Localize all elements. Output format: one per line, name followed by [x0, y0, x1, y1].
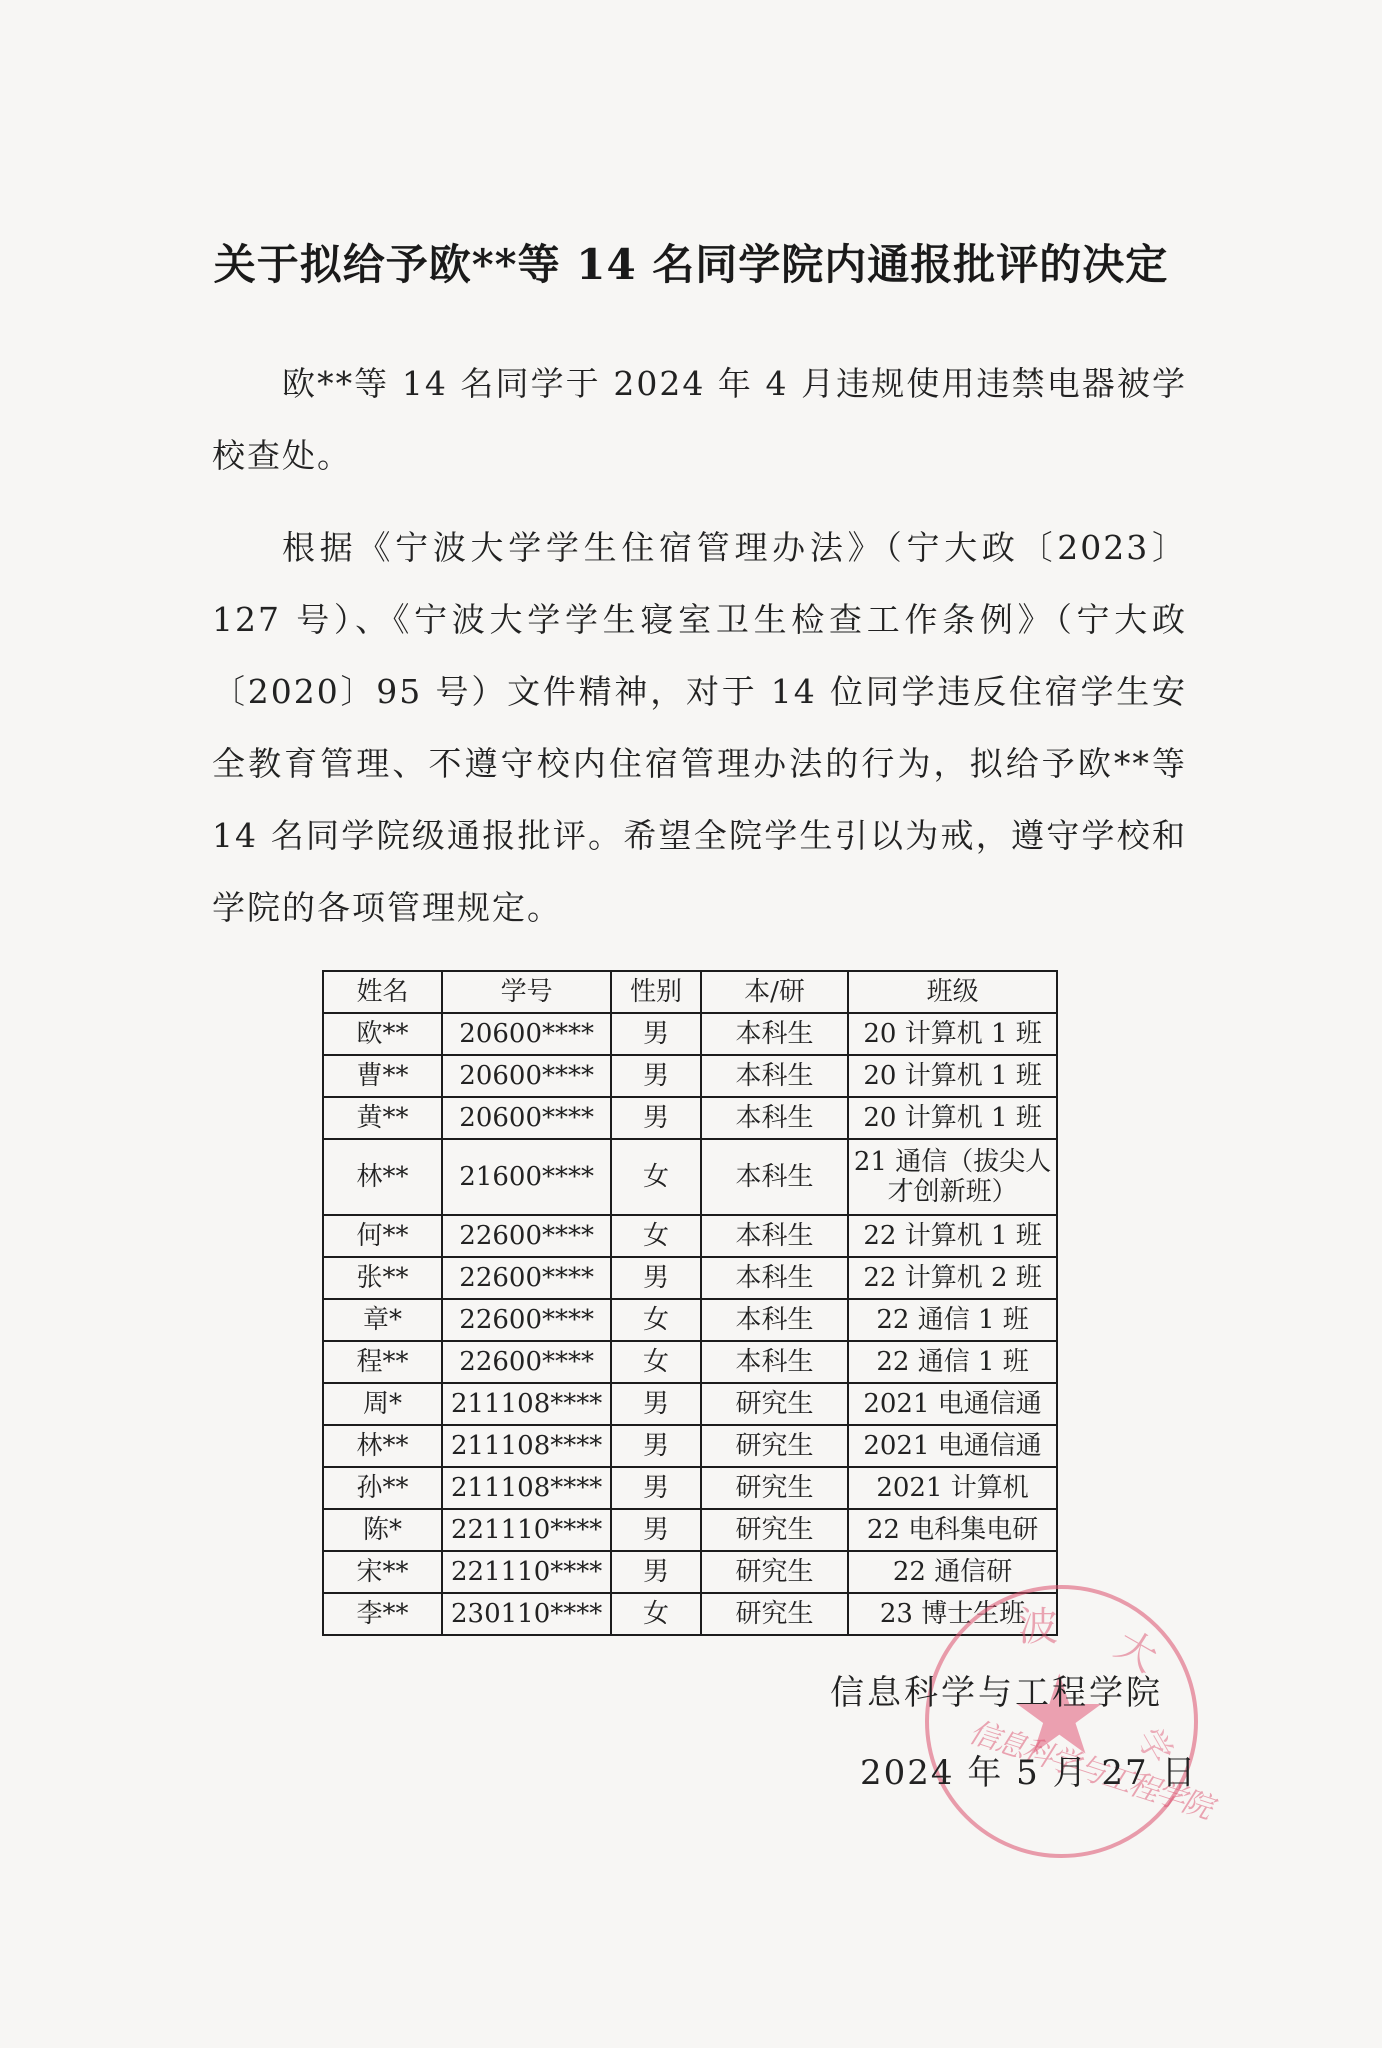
cell-gender: 男: [611, 1055, 700, 1097]
cell-student-id: 20600****: [442, 1055, 611, 1097]
table-row: 章*22600****女本科生22 通信 1 班: [323, 1299, 1057, 1341]
student-table: 姓名 学号 性别 本/研 班级 欧**20600****男本科生20 计算机 1…: [322, 970, 1058, 1636]
cell-name: 林**: [323, 1425, 442, 1467]
paragraph-1: 欧**等 14 名同学于 2024 年 4 月违规使用违禁电器被学校查处。: [212, 348, 1187, 492]
cell-gender: 男: [611, 1425, 700, 1467]
cell-level: 研究生: [701, 1593, 848, 1635]
table-row: 陈*221110****男研究生22 电科集电研: [323, 1509, 1057, 1551]
cell-name: 程**: [323, 1341, 442, 1383]
cell-class: 22 通信 1 班: [848, 1299, 1057, 1341]
cell-student-id: 21600****: [442, 1139, 611, 1215]
table-row: 曹**20600****男本科生20 计算机 1 班: [323, 1055, 1057, 1097]
table-header-row: 姓名 学号 性别 本/研 班级: [323, 971, 1057, 1013]
cell-student-id: 22600****: [442, 1257, 611, 1299]
cell-name: 陈*: [323, 1509, 442, 1551]
cell-gender: 女: [611, 1139, 700, 1215]
cell-gender: 男: [611, 1013, 700, 1055]
table-row: 周*211108****男研究生2021 电通信通: [323, 1383, 1057, 1425]
table-row: 何**22600****女本科生22 计算机 1 班: [323, 1215, 1057, 1257]
cell-class: 2021 电通信通: [848, 1425, 1057, 1467]
cell-name: 黄**: [323, 1097, 442, 1139]
cell-name: 宋**: [323, 1551, 442, 1593]
cell-level: 研究生: [701, 1509, 848, 1551]
cell-level: 本科生: [701, 1299, 848, 1341]
cell-name: 李**: [323, 1593, 442, 1635]
cell-class: 20 计算机 1 班: [848, 1097, 1057, 1139]
cell-gender: 男: [611, 1467, 700, 1509]
table-row: 孙**211108****男研究生2021 计算机: [323, 1467, 1057, 1509]
cell-gender: 女: [611, 1341, 700, 1383]
cell-name: 周*: [323, 1383, 442, 1425]
document-title: 关于拟给予欧**等 14 名同学院内通报批评的决定: [0, 232, 1382, 292]
table-row: 欧**20600****男本科生20 计算机 1 班: [323, 1013, 1057, 1055]
table-row: 程**22600****女本科生22 通信 1 班: [323, 1341, 1057, 1383]
cell-student-id: 211108****: [442, 1467, 611, 1509]
cell-student-id: 22600****: [442, 1341, 611, 1383]
issuer-signature: 信息科学与工程学院: [830, 1665, 1163, 1714]
cell-class: 20 计算机 1 班: [848, 1055, 1057, 1097]
cell-level: 本科生: [701, 1055, 848, 1097]
cell-level: 本科生: [701, 1013, 848, 1055]
cell-level: 研究生: [701, 1467, 848, 1509]
cell-student-id: 20600****: [442, 1013, 611, 1055]
cell-class: 2021 计算机: [848, 1467, 1057, 1509]
document-page: 关于拟给予欧**等 14 名同学院内通报批评的决定 欧**等 14 名同学于 2…: [0, 0, 1382, 2048]
cell-student-id: 221110****: [442, 1509, 611, 1551]
header-class: 班级: [848, 971, 1057, 1013]
cell-class: 20 计算机 1 班: [848, 1013, 1057, 1055]
header-gender: 性别: [611, 971, 700, 1013]
cell-gender: 男: [611, 1551, 700, 1593]
cell-gender: 男: [611, 1097, 700, 1139]
header-level: 本/研: [701, 971, 848, 1013]
cell-gender: 男: [611, 1383, 700, 1425]
table-row: 林**211108****男研究生2021 电通信通: [323, 1425, 1057, 1467]
cell-name: 孙**: [323, 1467, 442, 1509]
cell-student-id: 211108****: [442, 1425, 611, 1467]
cell-level: 研究生: [701, 1551, 848, 1593]
cell-student-id: 211108****: [442, 1383, 611, 1425]
cell-level: 本科生: [701, 1257, 848, 1299]
paragraph-2: 根据《宁波大学学生住宿管理办法》（宁大政〔2023〕127 号）、《宁波大学学生…: [212, 512, 1187, 944]
cell-name: 章*: [323, 1299, 442, 1341]
header-student-id: 学号: [442, 971, 611, 1013]
cell-class: 22 计算机 2 班: [848, 1257, 1057, 1299]
cell-gender: 男: [611, 1509, 700, 1551]
cell-student-id: 230110****: [442, 1593, 611, 1635]
cell-student-id: 22600****: [442, 1215, 611, 1257]
cell-class: 21 通信（拔尖人才创新班）: [848, 1139, 1057, 1215]
table-row: 李**230110****女研究生23 博士生班: [323, 1593, 1057, 1635]
cell-gender: 女: [611, 1215, 700, 1257]
cell-gender: 女: [611, 1299, 700, 1341]
cell-name: 林**: [323, 1139, 442, 1215]
cell-class: 2021 电通信通: [848, 1383, 1057, 1425]
cell-level: 本科生: [701, 1341, 848, 1383]
cell-level: 本科生: [701, 1139, 848, 1215]
cell-level: 本科生: [701, 1215, 848, 1257]
seal-char: 波: [1018, 1595, 1058, 1652]
cell-gender: 女: [611, 1593, 700, 1635]
header-name: 姓名: [323, 971, 442, 1013]
cell-student-id: 221110****: [442, 1551, 611, 1593]
cell-class: 22 计算机 1 班: [848, 1215, 1057, 1257]
cell-class: 22 电科集电研: [848, 1509, 1057, 1551]
cell-level: 本科生: [701, 1097, 848, 1139]
cell-name: 张**: [323, 1257, 442, 1299]
table-row: 黄**20600****男本科生20 计算机 1 班: [323, 1097, 1057, 1139]
table-row: 张**22600****男本科生22 计算机 2 班: [323, 1257, 1057, 1299]
cell-level: 研究生: [701, 1425, 848, 1467]
cell-student-id: 22600****: [442, 1299, 611, 1341]
cell-level: 研究生: [701, 1383, 848, 1425]
cell-name: 何**: [323, 1215, 442, 1257]
cell-name: 曹**: [323, 1055, 442, 1097]
cell-student-id: 20600****: [442, 1097, 611, 1139]
cell-gender: 男: [611, 1257, 700, 1299]
cell-class: 22 通信 1 班: [848, 1341, 1057, 1383]
cell-class: 22 通信研: [848, 1551, 1057, 1593]
table-row: 宋**221110****男研究生22 通信研: [323, 1551, 1057, 1593]
cell-name: 欧**: [323, 1013, 442, 1055]
issue-date: 2024 年 5 月 27 日: [860, 1745, 1197, 1794]
table-row: 林**21600****女本科生21 通信（拔尖人才创新班）: [323, 1139, 1057, 1215]
